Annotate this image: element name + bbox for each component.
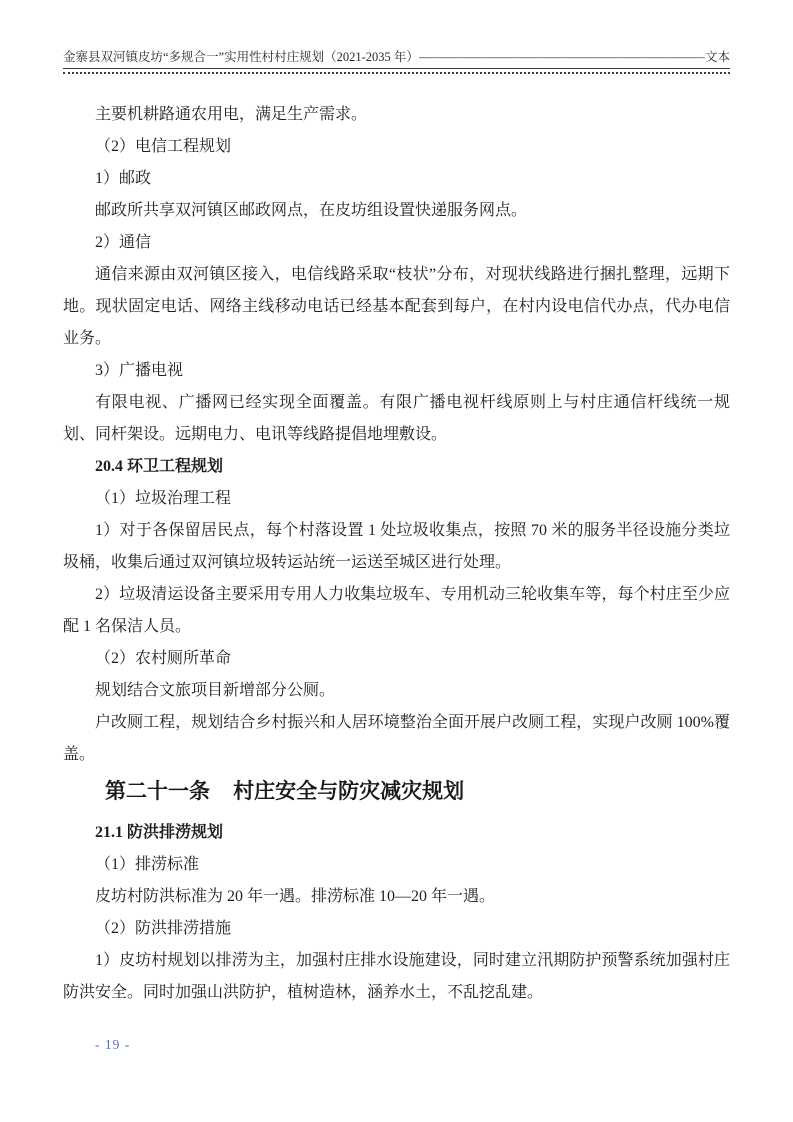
paragraph: 皮坊村防洪标准为 20 年一遇。排涝标准 10—20 年一遇。 [63, 881, 730, 913]
paragraph: （1）垃圾治理工程 [63, 483, 730, 515]
chapter-heading: 第二十一条村庄安全与防灾减灾规划 [63, 771, 730, 811]
paragraph: 1）邮政 [63, 163, 730, 195]
paragraph: 2）通信 [63, 227, 730, 259]
paragraph: 户改厕工程，规划结合乡村振兴和人居环境整治全面开展户改厕工程，实现户改厕 100… [63, 707, 730, 771]
header-title: 金寨县双河镇皮坊“多规合一”实用性村村庄规划（2021-2035 年） [63, 50, 419, 65]
paragraph: 规划结合文旅项目新增部分公厕。 [63, 675, 730, 707]
header-dash-fill: ——————————————————————————————————————— [419, 50, 705, 65]
paragraph: 1）对于各保留居民点，每个村落设置 1 处垃圾收集点，按照 70 米的服务半径设… [63, 515, 730, 579]
page-footer: - 19 - [95, 1037, 130, 1053]
header-double-rule [63, 68, 730, 74]
header-line: 金寨县双河镇皮坊“多规合一”实用性村村庄规划（2021-2035 年） ————… [63, 50, 730, 65]
document-body: 主要机耕路通农用电，满足生产需求。 （2）电信工程规划 1）邮政 邮政所共享双河… [63, 99, 730, 1009]
paragraph: （2）农村厕所革命 [63, 643, 730, 675]
paragraph: 1）皮坊村规划以排涝为主，加强村庄排水设施建设，同时建立汛期防护预警系统加强村庄… [63, 945, 730, 1009]
paragraph: （2）防洪排涝措施 [63, 913, 730, 945]
subsection-heading-20-4: 20.4 环卫工程规划 [63, 451, 730, 483]
paragraph: 有限电视、广播网已经实现全面覆盖。有限广播电视杆线原则上与村庄通信杆线统一规划、… [63, 387, 730, 451]
chapter-title: 村庄安全与防灾减灾规划 [233, 779, 464, 803]
page-header: 金寨县双河镇皮坊“多规合一”实用性村村庄规划（2021-2035 年） ————… [63, 50, 730, 74]
chapter-number: 第二十一条 [105, 779, 210, 803]
paragraph: 主要机耕路通农用电，满足生产需求。 [63, 99, 730, 131]
document-page: 金寨县双河镇皮坊“多规合一”实用性村村庄规划（2021-2035 年） ————… [0, 0, 793, 1122]
paragraph: 通信来源由双河镇区接入，电信线路采取“枝状”分布，对现状线路进行捆扎整理，远期下… [63, 259, 730, 355]
page-number: - 19 - [95, 1037, 130, 1052]
paragraph: （2）电信工程规划 [63, 131, 730, 163]
paragraph: （1）排涝标准 [63, 849, 730, 881]
header-right-label: 文本 [705, 50, 730, 65]
paragraph: 3）广播电视 [63, 355, 730, 387]
paragraph: 2）垃圾清运设备主要采用专用人力收集垃圾车、专用机动三轮收集车等，每个村庄至少应… [63, 579, 730, 643]
paragraph: 邮政所共享双河镇区邮政网点，在皮坊组设置快递服务网点。 [63, 195, 730, 227]
subsection-heading-21-1: 21.1 防洪排涝规划 [63, 817, 730, 849]
